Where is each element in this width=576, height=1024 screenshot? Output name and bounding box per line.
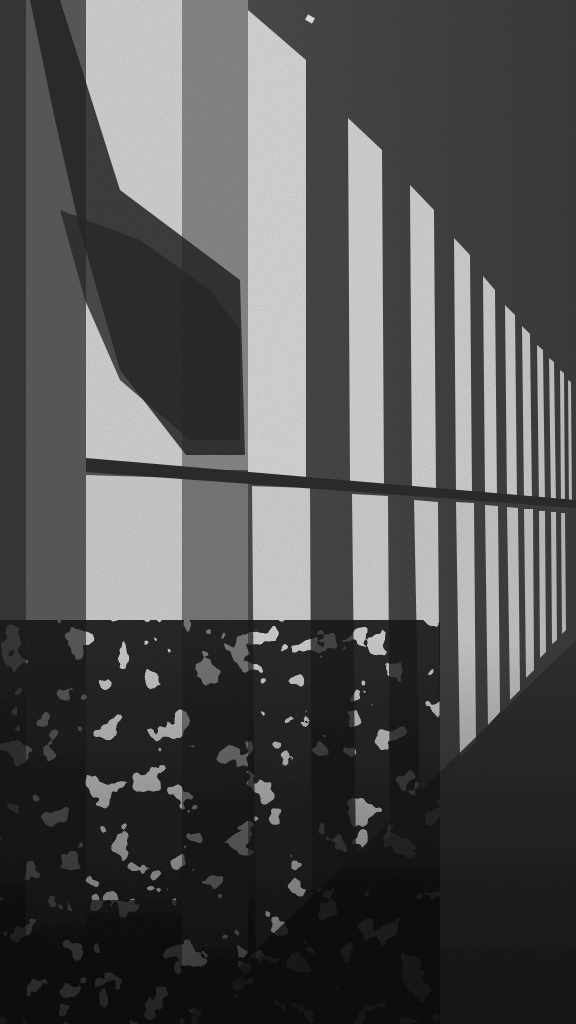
photograph bbox=[0, 0, 576, 1024]
